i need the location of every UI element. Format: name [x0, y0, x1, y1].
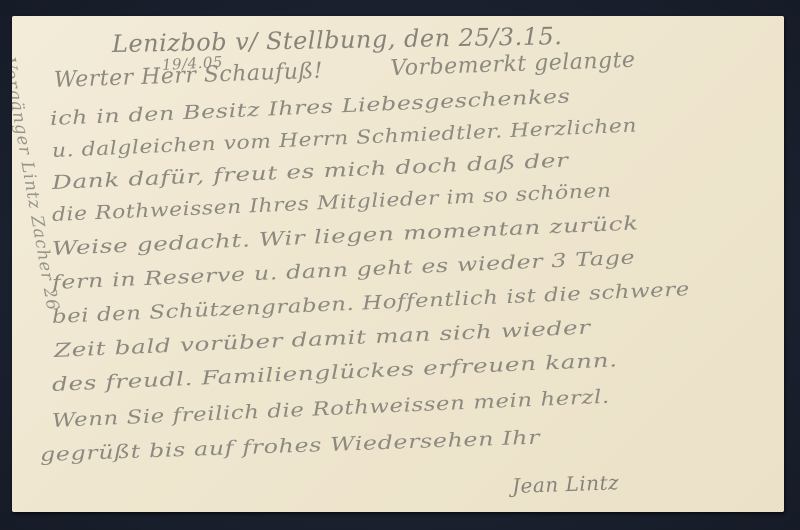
place-text: Lenizbob v/ Stellbung,: [112, 25, 396, 58]
postcard: Vorgänger Lintz Zacher 26 Lenizbob v/ St…: [12, 16, 784, 512]
salutation-text: Werter Herr Schaufuß!: [54, 59, 324, 93]
signature: Jean Lintz: [512, 470, 620, 498]
date-prefix: den: [404, 24, 451, 53]
date-text: 25/3.15.: [458, 22, 562, 52]
opening-fragment: Vorbemerkt gelangte: [390, 48, 636, 82]
body-line-10: Wenn Sie freilich die Rothweissen mein h…: [52, 386, 611, 432]
body-line-11: gegrüßt bis auf frohes Wiedersehen Ihr: [40, 427, 541, 466]
